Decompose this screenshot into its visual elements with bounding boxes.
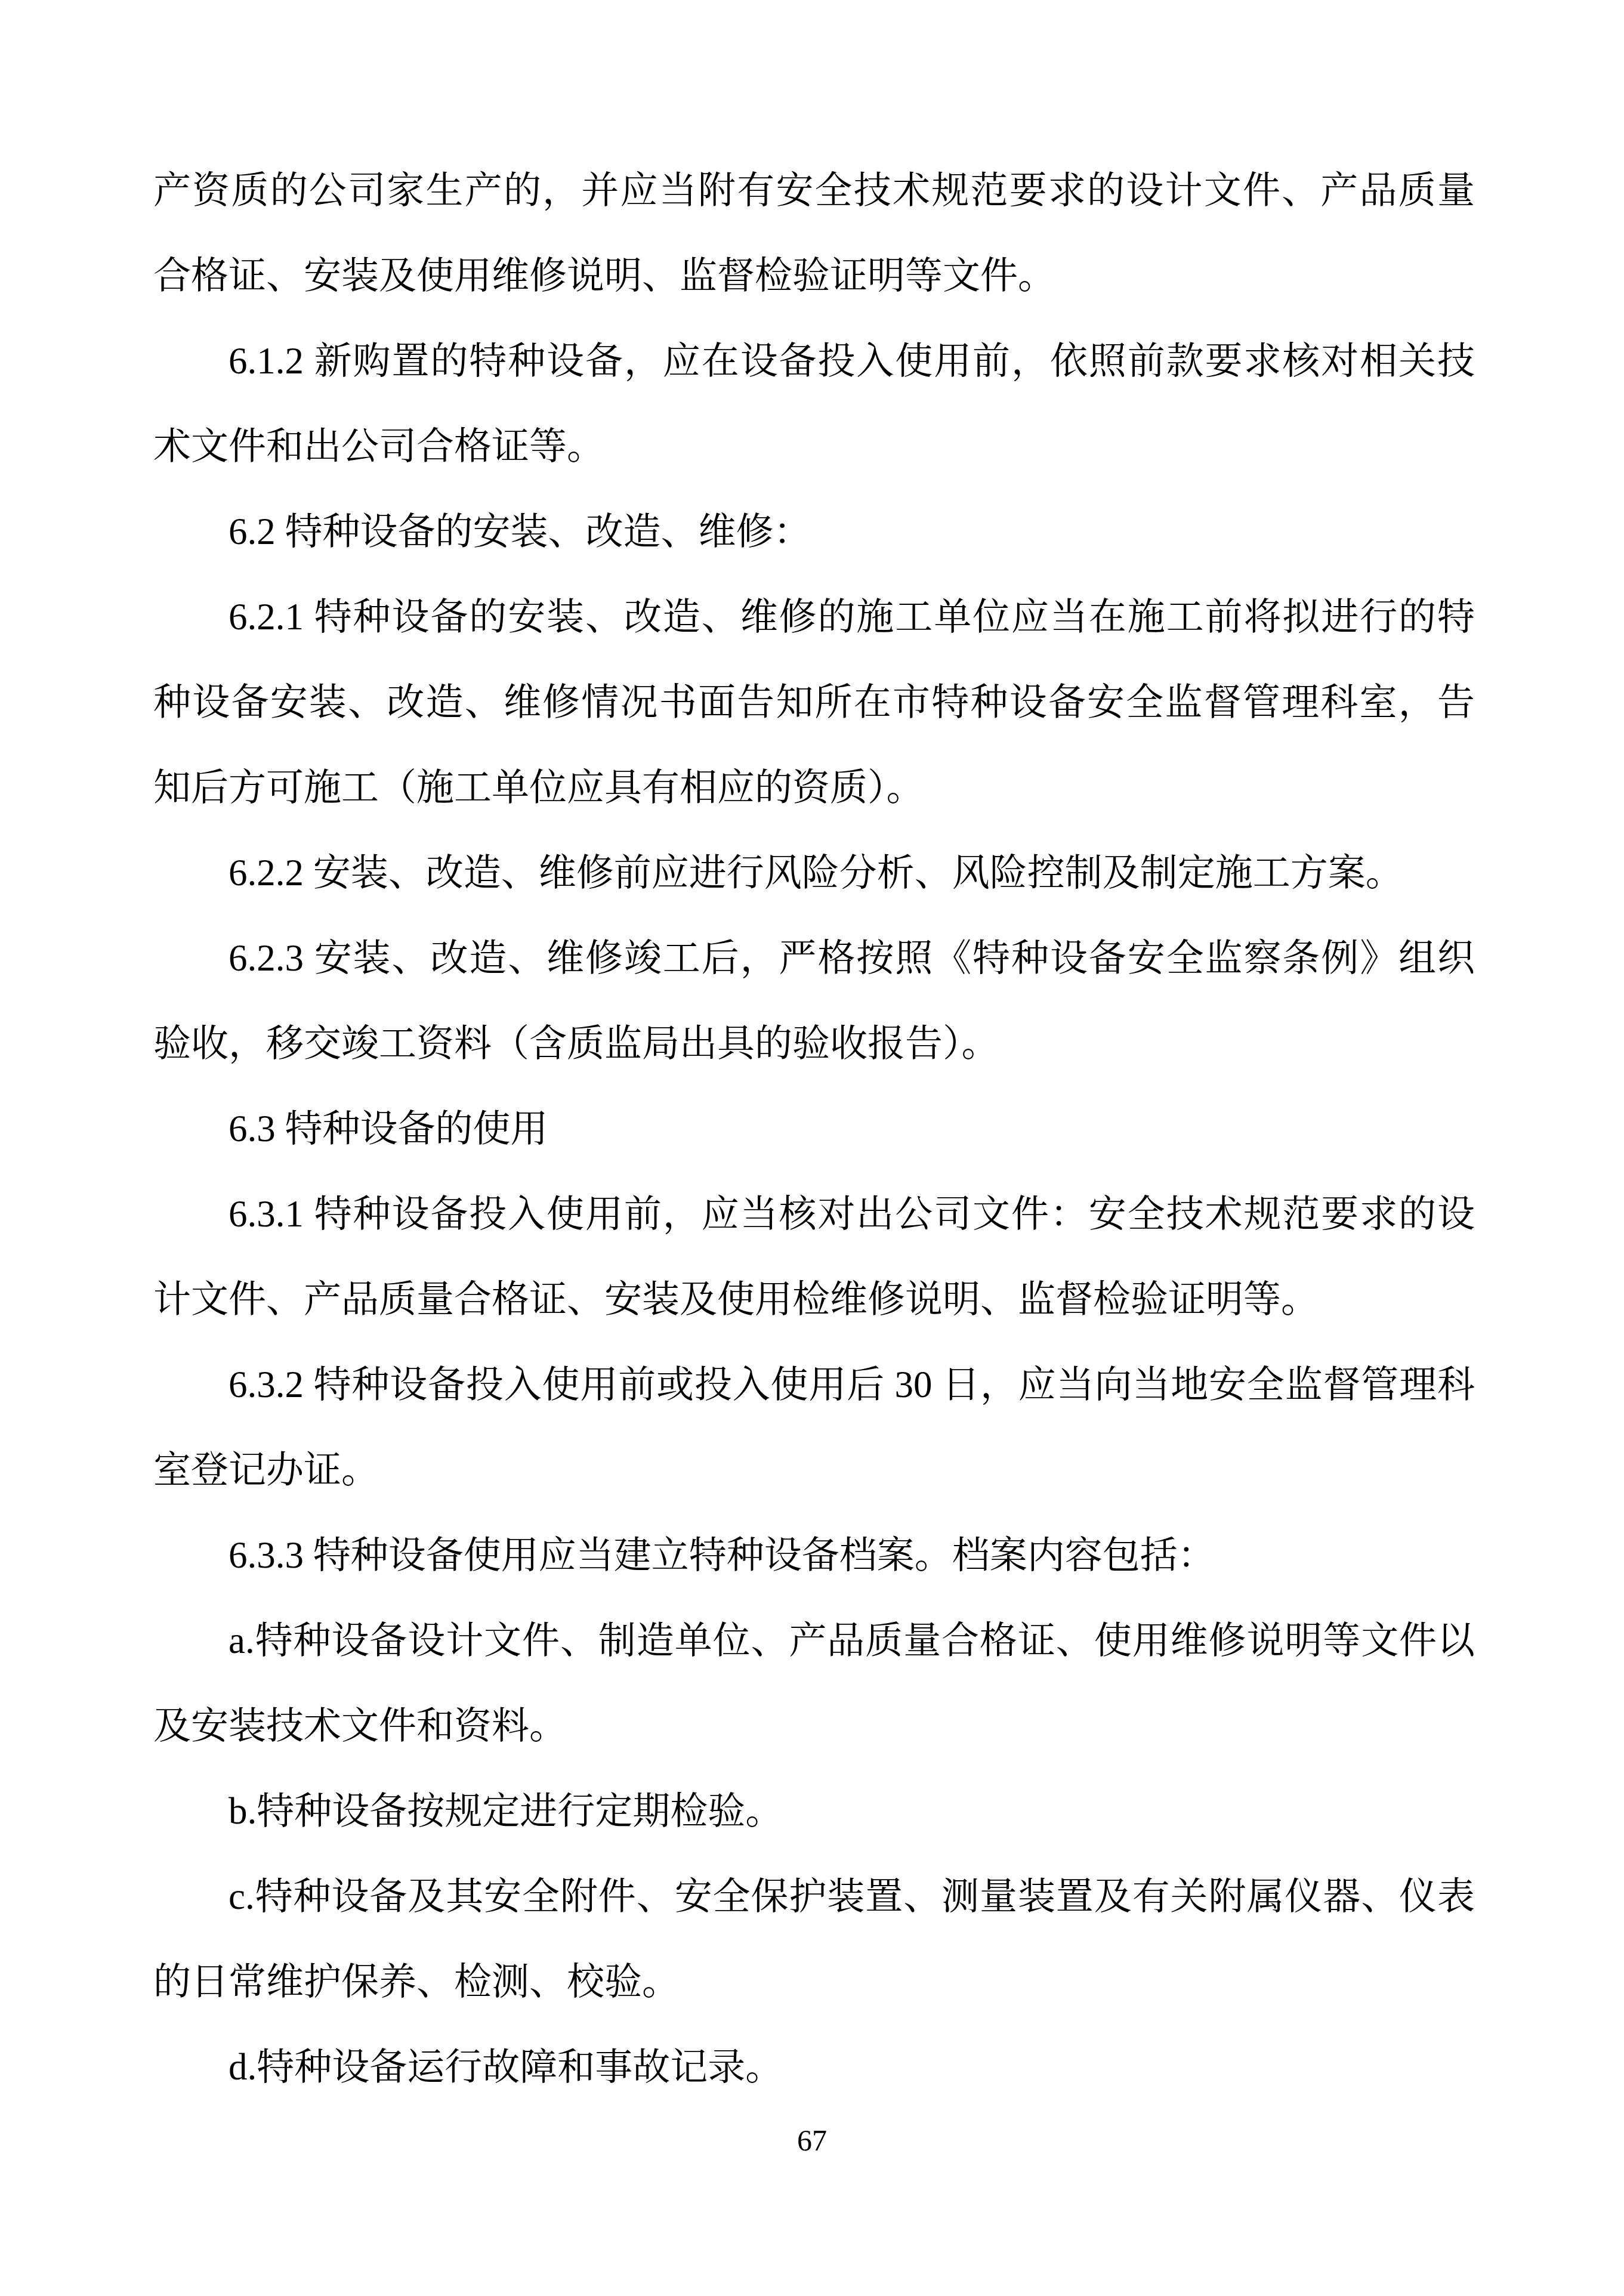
text-line: 计文件、产品质量合格证、安装及使用检维修说明、监督检验证明等。 xyxy=(153,1257,1475,1342)
text-line: 6.1.2 新购置的特种设备，应在设备投入使用前，依照前款要求核对相关技 xyxy=(153,319,1475,404)
text-line: a.特种设备设计文件、制造单位、产品质量合格证、使用维修说明等文件以 xyxy=(153,1598,1475,1683)
text-line: b.特种设备按规定进行定期检验。 xyxy=(153,1769,1475,1854)
text-line: 室登记办证。 xyxy=(153,1427,1475,1513)
document-page: 产资质的公司家生产的，并应当附有安全技术规范要求的设计文件、产品质量合格证、安装… xyxy=(0,0,1624,2296)
text-line: 6.2.3 安装、改造、维修竣工后，严格按照《特种设备安全监察条例》组织 xyxy=(153,916,1475,1001)
text-line: 验收，移交竣工资料（含质监局出具的验收报告）。 xyxy=(153,1001,1475,1086)
text-line: 种设备安装、改造、维修情况书面告知所在市特种设备安全监督管理科室，告 xyxy=(153,660,1475,745)
text-line: 6.2 特种设备的安装、改造、维修： xyxy=(153,489,1475,574)
text-line: 6.3.1 特种设备投入使用前，应当核对出公司文件：安全技术规范要求的设 xyxy=(153,1172,1475,1257)
text-line: 知后方可施工（施工单位应具有相应的资质）。 xyxy=(153,745,1475,830)
text-line: 及安装技术文件和资料。 xyxy=(153,1683,1475,1769)
text-line: 6.2.1 特种设备的安装、改造、维修的施工单位应当在施工前将拟进行的特 xyxy=(153,574,1475,660)
page-number: 67 xyxy=(0,2121,1624,2159)
text-line: 6.3 特种设备的使用 xyxy=(153,1086,1475,1172)
text-line: 产资质的公司家生产的，并应当附有安全技术规范要求的设计文件、产品质量 xyxy=(153,148,1475,233)
text-line: 术文件和出公司合格证等。 xyxy=(153,404,1475,489)
text-line: c.特种设备及其安全附件、安全保护装置、测量装置及有关附属仪器、仪表 xyxy=(153,1854,1475,1939)
text-line: 的日常维护保养、检测、校验。 xyxy=(153,1939,1475,2025)
document-body: 产资质的公司家生产的，并应当附有安全技术规范要求的设计文件、产品质量合格证、安装… xyxy=(153,148,1475,2110)
text-line: 合格证、安装及使用维修说明、监督检验证明等文件。 xyxy=(153,233,1475,319)
text-line: 6.2.2 安装、改造、维修前应进行风险分析、风险控制及制定施工方案。 xyxy=(153,830,1475,916)
text-line: 6.3.2 特种设备投入使用前或投入使用后 30 日，应当向当地安全监督管理科 xyxy=(153,1342,1475,1427)
text-line: 6.3.3 特种设备使用应当建立特种设备档案。档案内容包括： xyxy=(153,1513,1475,1598)
text-line: d.特种设备运行故障和事故记录。 xyxy=(153,2025,1475,2110)
